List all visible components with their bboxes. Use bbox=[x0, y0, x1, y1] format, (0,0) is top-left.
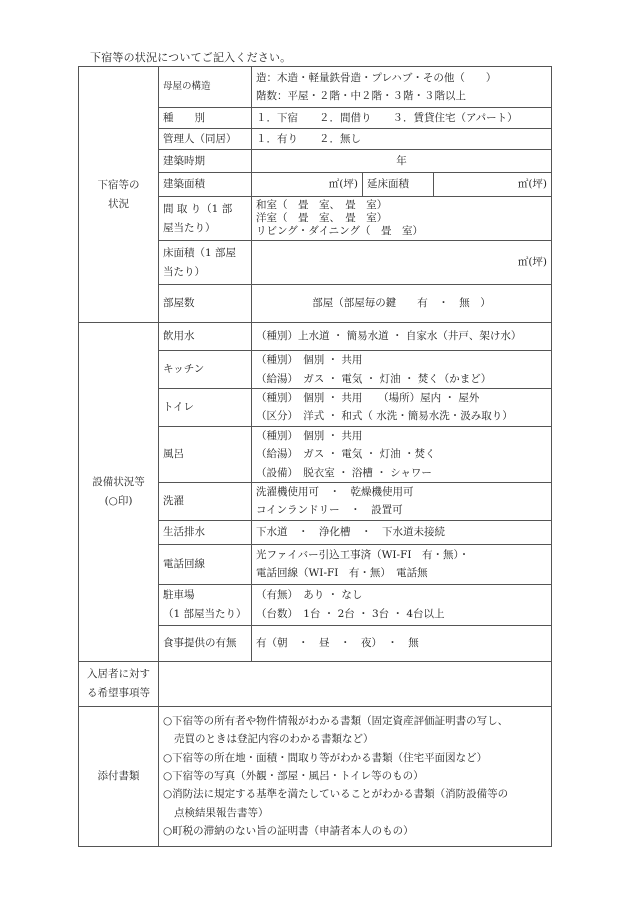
row-attachments: 添付書類 ○下宿等の所有者や物件情報がわかる書類（固定資産評価証明書の写し、 売… bbox=[79, 706, 552, 846]
field-water[interactable]: （種別）上水道 ・ 簡易水道 ・ 自家水（井戸、架け水） bbox=[252, 323, 552, 351]
attachment-item: ○下宿等の所在地・面積・間取り等がわかる書類（住宅平面図など） bbox=[163, 749, 547, 767]
field-layout[interactable]: 和室（ 畳 室、 畳 室） 洋室（ 畳 室、 畳 室） リビング・ダイニング（ … bbox=[252, 197, 552, 241]
label-rooms: 部屋数 bbox=[159, 285, 252, 323]
field-drainage[interactable]: 下水道 ・ 浄化槽 ・ 下水道未接続 bbox=[252, 520, 552, 544]
row-water: 設備状況等 (○印) 飲用水 （種別）上水道 ・ 簡易水道 ・ 自家水（井戸、架… bbox=[79, 323, 552, 351]
field-requests[interactable] bbox=[159, 661, 552, 706]
label-structure: 母屋の構造 bbox=[159, 67, 252, 108]
label-area: 建築面積 bbox=[159, 173, 252, 197]
label-meals: 食事提供の有無 bbox=[159, 625, 252, 661]
field-laundry[interactable]: 洗濯機使用可 ・ 乾燥機使用可 コインランドリー ・ 設置可 bbox=[252, 482, 552, 520]
label-toilet: トイレ bbox=[159, 389, 252, 427]
section-label-facilities: 設備状況等 (○印) bbox=[79, 323, 159, 662]
field-toilet[interactable]: （種別） 個別 ・ 共用 （場所）屋内 ・ 屋外 （区分） 洋式 ・ 和式（ 水… bbox=[252, 389, 552, 427]
field-rooms[interactable]: 部屋（部屋毎の鍵 有 ・ 無 ） bbox=[252, 285, 552, 323]
label-water: 飲用水 bbox=[159, 323, 252, 351]
attachment-item: ○町税の滞納のない旨の証明書（申請者本人のもの） bbox=[163, 822, 547, 840]
section-label-attachments: 添付書類 bbox=[79, 706, 159, 846]
label-parking: 駐車場 （1 部屋当たり） bbox=[159, 584, 252, 625]
row-requests: 入居者に対す る希望事項等 bbox=[79, 661, 552, 706]
label-layout: 間 取 り（1 部 屋当たり） bbox=[159, 197, 252, 241]
label-laundry: 洗濯 bbox=[159, 482, 252, 520]
lodging-status-form: 下宿等の 状況 母屋の構造 造：木造・軽量鉄骨造・プレハブ・その他（ ） 階数：… bbox=[78, 66, 552, 847]
label-manager: 管理人（同居） bbox=[159, 129, 252, 150]
attachments-list: ○下宿等の所有者や物件情報がわかる書類（固定資産評価証明書の写し、 売買のときは… bbox=[159, 706, 552, 846]
label-kitchen: キッチン bbox=[159, 351, 252, 389]
attachment-item: ○下宿等の所有者や物件情報がわかる書類（固定資産評価証明書の写し、 bbox=[163, 712, 547, 730]
attachment-item: ○下宿等の写真（外観・部屋・風呂・トイレ等のもの） bbox=[163, 767, 547, 785]
field-building-area[interactable]: ㎡(坪) bbox=[252, 173, 363, 197]
field-parking[interactable]: （有無） あり ・ なし （台数） 1台 ・ 2台 ・ 3台 ・ 4台以上 bbox=[252, 584, 552, 625]
attachment-item-cont: 売買のときは登記内容のわかる書類など） bbox=[163, 730, 547, 748]
label-phone: 電話回線 bbox=[159, 544, 252, 584]
field-phone[interactable]: 光ファイバー引込工事済（WI-FI 有・無）・ 電話回線（WI-FI 有・無） … bbox=[252, 544, 552, 584]
label-total-floor-area: 延床面積 bbox=[363, 173, 434, 197]
label-bath: 風呂 bbox=[159, 426, 252, 482]
field-structure[interactable]: 造：木造・軽量鉄骨造・プレハブ・その他（ ） 階数：平屋・２階・中２階・３階・３… bbox=[252, 67, 552, 108]
label-floor-area: 床面積（1 部屋 当たり） bbox=[159, 241, 252, 285]
label-type: 種 別 bbox=[159, 108, 252, 129]
field-manager[interactable]: １．有り ２．無し bbox=[252, 129, 552, 150]
field-type[interactable]: １．下宿 ２．間借り ３．賃貸住宅（アパート） bbox=[252, 108, 552, 129]
field-total-floor-area[interactable]: ㎡(坪) bbox=[434, 173, 552, 197]
row-structure: 下宿等の 状況 母屋の構造 造：木造・軽量鉄骨造・プレハブ・その他（ ） 階数：… bbox=[79, 67, 552, 108]
section-label-status: 下宿等の 状況 bbox=[79, 67, 159, 323]
field-meals[interactable]: 有（朝 ・ 昼 ・ 夜） ・ 無 bbox=[252, 625, 552, 661]
page-instruction: 下宿等の状況についてご記入ください。 bbox=[90, 49, 291, 65]
field-floor-area[interactable]: ㎡(坪) bbox=[252, 241, 552, 285]
label-built: 建築時期 bbox=[159, 150, 252, 173]
field-built-year[interactable]: 年 bbox=[252, 150, 552, 173]
attachment-item-cont: 点検結果報告書等） bbox=[163, 804, 547, 822]
field-kitchen[interactable]: （種別） 個別 ・ 共用 （給湯） ガス ・ 電気 ・ 灯油 ・ 焚く（かまど） bbox=[252, 351, 552, 389]
field-bath[interactable]: （種別） 個別 ・ 共用 （給湯） ガス ・ 電気 ・ 灯油 ・焚く （設備） … bbox=[252, 426, 552, 482]
attachment-item: ○消防法に規定する基準を満たしていることがわかる書類（消防設備等の bbox=[163, 785, 547, 803]
label-drainage: 生活排水 bbox=[159, 520, 252, 544]
section-label-requests: 入居者に対す る希望事項等 bbox=[79, 661, 159, 706]
